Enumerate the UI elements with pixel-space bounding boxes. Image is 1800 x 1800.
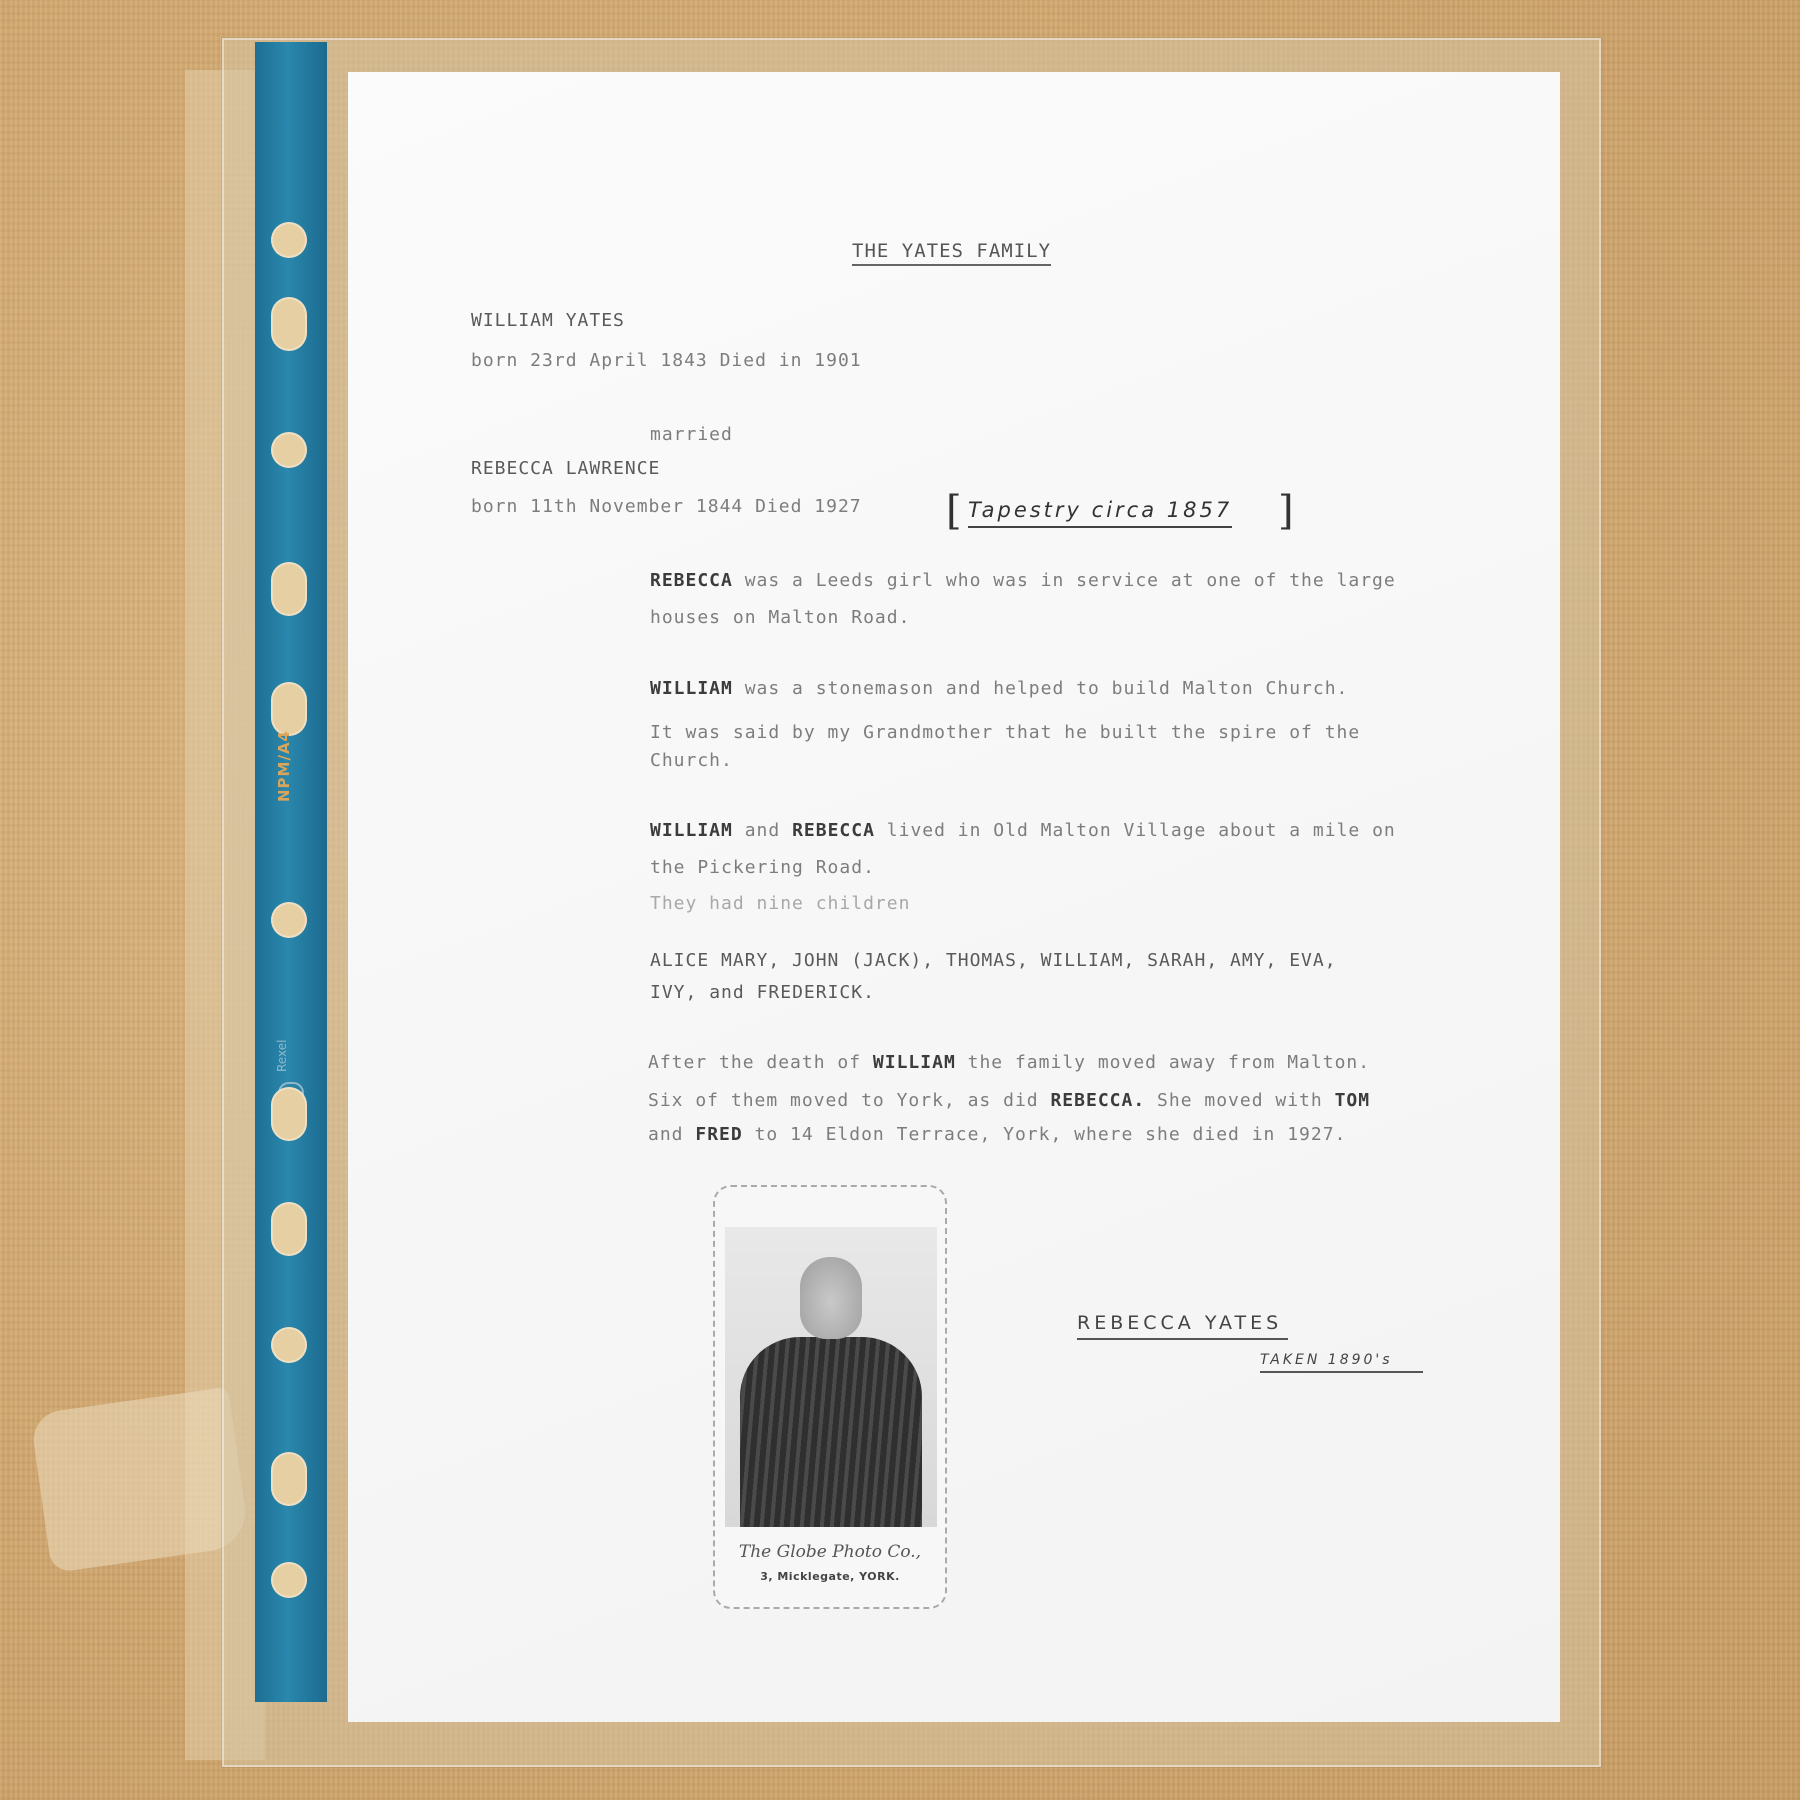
text: to 14 Eldon Terrace, York, where she die… [755, 1124, 1347, 1145]
bracket-close: ] [1278, 488, 1294, 534]
portrait-figure [740, 1337, 922, 1527]
children-list-line1: ALICE MARY, JOHN (JACK), THOMAS, WILLIAM… [650, 950, 1337, 971]
text: and [709, 982, 745, 1003]
paragraph-william-line3: Church. [650, 750, 733, 771]
name-tom: TOM [1335, 1090, 1371, 1111]
text: the family moved away from Malton. [968, 1052, 1370, 1073]
punch-hole [271, 222, 307, 258]
strip-label: NPM/A4 [275, 730, 293, 802]
text: FREDERICK. [757, 982, 875, 1003]
tape-patch [30, 1387, 250, 1573]
name-william: WILLIAM [873, 1052, 956, 1073]
punch-hole [271, 902, 307, 938]
paragraph-after-line3: and FRED to 14 Eldon Terrace, York, wher… [648, 1124, 1346, 1145]
photo-studio-caption: The Globe Photo Co., [715, 1542, 945, 1562]
children-list-line2: IVY, and FREDERICK. [650, 982, 875, 1003]
name-william: WILLIAM [650, 678, 733, 699]
name-william: WILLIAM [650, 820, 733, 841]
signature-taken-date: TAKEN 1890's [1260, 1352, 1423, 1373]
person1-name: WILLIAM YATES [471, 310, 625, 331]
text: lived in Old Malton Village about a mile… [887, 820, 1396, 841]
punch-hole [271, 562, 307, 616]
person1-born: born 23rd April 1843 [471, 350, 708, 371]
punch-hole [271, 1327, 307, 1363]
text: was a stonemason and helped to build Mal… [745, 678, 1349, 699]
paragraph-william-line1: WILLIAM was a stonemason and helped to b… [650, 678, 1348, 699]
portrait-face [800, 1257, 862, 1339]
text: IVY, [650, 982, 697, 1003]
signature-name: REBECCA YATES [1077, 1312, 1288, 1340]
punch-hole [271, 1562, 307, 1598]
person2-name: REBECCA LAWRENCE [471, 458, 660, 479]
text: and [648, 1124, 684, 1145]
punch-hole [271, 1452, 307, 1506]
punch-hole [271, 682, 307, 736]
paragraph-william-line2: It was said by my Grandmother that he bu… [650, 722, 1360, 743]
text: Six of them moved to York, as did [648, 1090, 1039, 1111]
punch-hole [271, 1202, 307, 1256]
punch-hole [271, 432, 307, 468]
handwritten-note: Tapestry circa 1857 [968, 498, 1232, 528]
text: and [745, 820, 781, 841]
sleeve-binding-strip: NPM/A4 Rexel [255, 42, 327, 1702]
person2-dates: born 11th November 1844 Died 1927 [471, 496, 862, 517]
paragraph-couple-line3: They had nine children [650, 893, 910, 914]
bracket-open: [ [946, 488, 962, 534]
page-title: THE YATES FAMILY [852, 240, 1051, 266]
punch-hole [271, 1087, 307, 1141]
strip-brand: Rexel [275, 1040, 289, 1072]
person1-died: Died in 1901 [720, 350, 862, 371]
name-rebecca: REBECCA. [1050, 1090, 1145, 1111]
portrait-photo [725, 1227, 937, 1527]
text: was a Leeds girl who was in service at o… [745, 570, 1396, 591]
name-rebecca: REBECCA [650, 570, 733, 591]
paragraph-couple-line2: the Pickering Road. [650, 857, 875, 878]
paragraph-rebecca-line2: houses on Malton Road. [650, 607, 910, 628]
paragraph-couple-line1: WILLIAM and REBECCA lived in Old Malton … [650, 820, 1396, 841]
photo-address-caption: 3, Micklegate, YORK. [715, 1570, 945, 1583]
name-fred: FRED [695, 1124, 742, 1145]
paragraph-after-line2: Six of them moved to York, as did REBECC… [648, 1090, 1370, 1111]
paragraph-after-line1: After the death of WILLIAM the family mo… [648, 1052, 1370, 1073]
married-label: married [650, 424, 733, 445]
text: After the death of [648, 1052, 861, 1073]
paragraph-rebecca-line1: REBECCA was a Leeds girl who was in serv… [650, 570, 1396, 591]
name-rebecca: REBECCA [792, 820, 875, 841]
punch-hole [271, 297, 307, 351]
text: She moved with [1157, 1090, 1323, 1111]
carte-de-visite-photo: The Globe Photo Co., 3, Micklegate, YORK… [713, 1185, 947, 1609]
person1-dates: born 23rd April 1843 Died in 1901 [471, 350, 862, 371]
